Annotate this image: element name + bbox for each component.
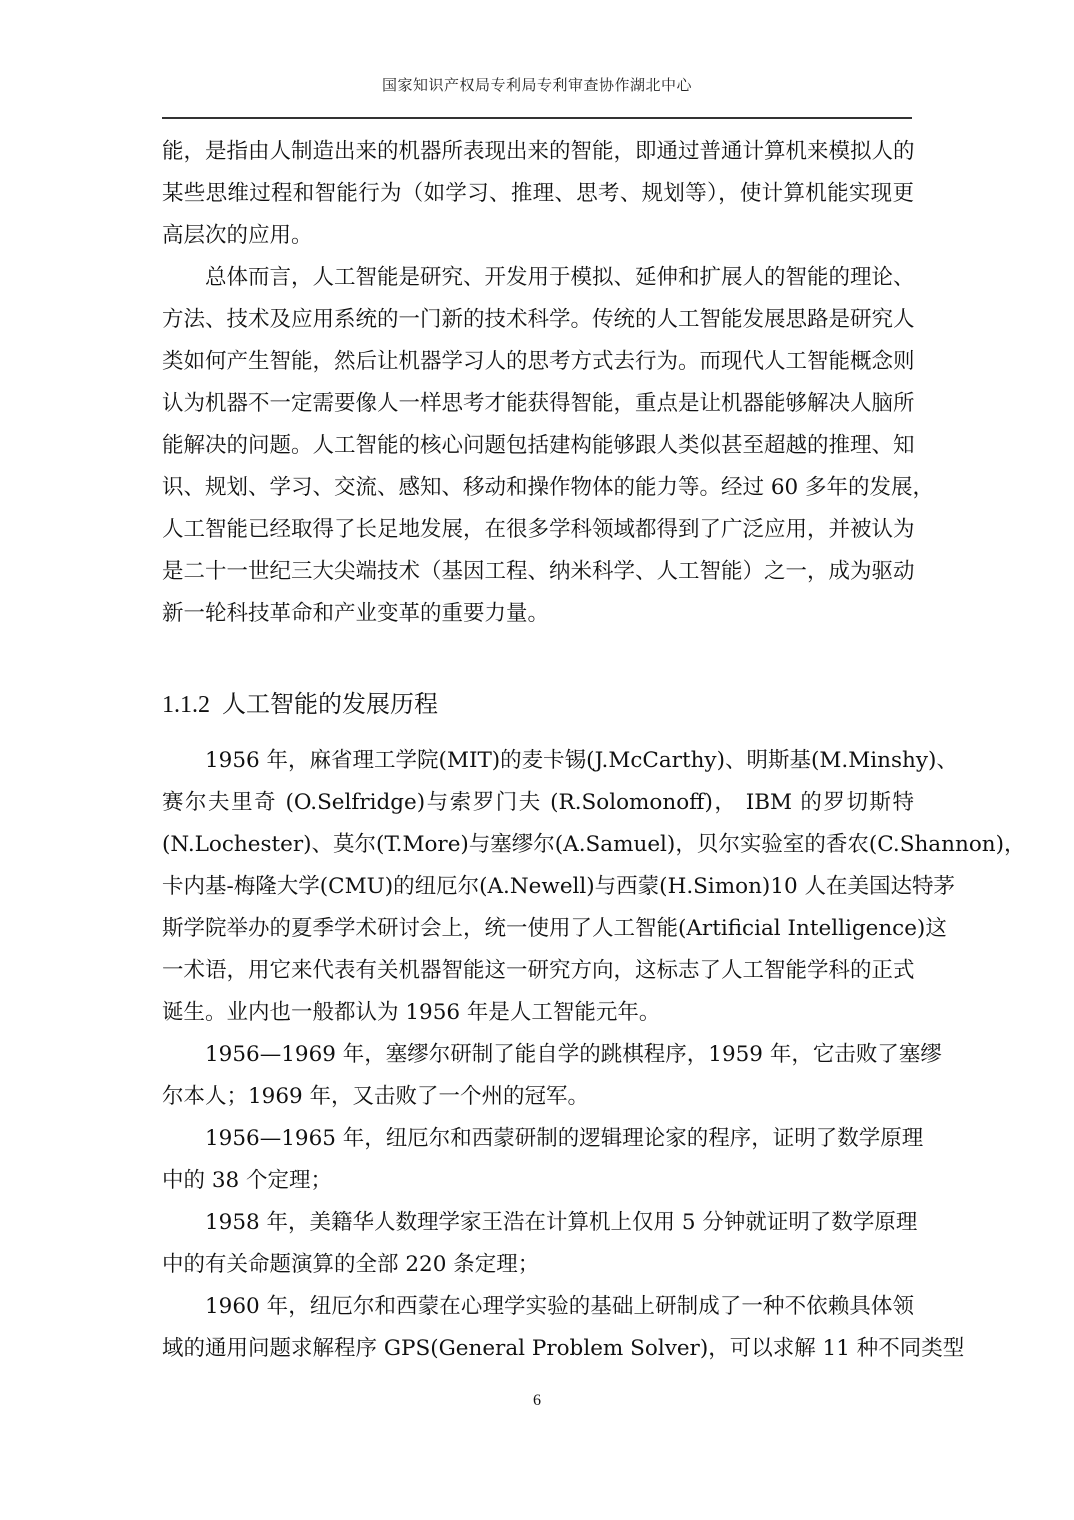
text-line: (N.Lochester)、莫尔(T.More)与塞缪尔(A.Samuel)，贝…	[162, 824, 914, 866]
text-line: 认为机器不一定需要像人一样思考才能获得智能，重点是让机器能够解决人脑所	[162, 383, 914, 425]
text-line: 某些思维过程和智能行为（如学习、推理、思考、规划等），使计算机能实现更	[162, 173, 914, 215]
text-line: 1956—1969 年，塞缪尔研制了能自学的跳棋程序，1959 年，它击败了塞缪	[162, 1034, 914, 1076]
text-line: 域的通用问题求解程序 GPS(General Problem Solver)，可…	[162, 1328, 914, 1370]
section-2-body: 1956 年，麻省理工学院(MIT)的麦卡锡(J.McCarthy)、明斯基(M…	[162, 740, 914, 1370]
text-line: 1960 年，纽厄尔和西蒙在心理学实验的基础上研制成了一种不依赖具体领	[162, 1286, 914, 1328]
text-line: 1956 年，麻省理工学院(MIT)的麦卡锡(J.McCarthy)、明斯基(M…	[162, 740, 914, 782]
text-line: 1956—1965 年，纽厄尔和西蒙研制的逻辑理论家的程序，证明了数学原理	[162, 1118, 914, 1160]
section-heading: 1.1.2人工智能的发展历程	[162, 684, 438, 725]
text-line: 诞生。业内也一般都认为 1956 年是人工智能元年。	[162, 992, 914, 1034]
text-line: 高层次的应用。	[162, 215, 914, 257]
text-line: 尔本人；1969 年，又击败了一个州的冠军。	[162, 1076, 914, 1118]
text-line: 卡内基-梅隆大学(CMU)的纽厄尔(A.Newell)与西蒙(H.Simon)1…	[162, 866, 914, 908]
text-line: 方法、技术及应用系统的一门新的技术科学。传统的人工智能发展思路是研究人	[162, 299, 914, 341]
text-line: 1958 年，美籍华人数理学家王浩在计算机上仅用 5 分钟就证明了数学原理	[162, 1202, 914, 1244]
section-1-body: 能，是指由人制造出来的机器所表现出来的智能，即通过普通计算机来模拟人的 某些思维…	[162, 131, 914, 635]
text-line: 是二十一世纪三大尖端技术（基因工程、纳米科学、人工智能）之一，成为驱动	[162, 551, 914, 593]
text-line: 识、规划、学习、交流、感知、移动和操作物体的能力等。经过 60 多年的发展，	[162, 467, 914, 509]
text-line: 中的 38 个定理；	[162, 1160, 914, 1202]
text-line: 一术语，用它来代表有关机器智能这一研究方向，这标志了人工智能学科的正式	[162, 950, 914, 992]
text-line: 能解决的问题。人工智能的核心问题包括建构能够跟人类似甚至超越的推理、知	[162, 425, 914, 467]
text-line: 赛尔夫里奇 (O.Selfridge)与索罗门夫 (R.Solomonoff)，…	[162, 782, 914, 824]
section-title: 人工智能的发展历程	[222, 690, 438, 718]
text-line: 能，是指由人制造出来的机器所表现出来的智能，即通过普通计算机来模拟人的	[162, 131, 914, 173]
text-line: 斯学院举办的夏季学术研讨会上，统一使用了人工智能(Artificial Inte…	[162, 908, 914, 950]
page-number: 6	[0, 1392, 1074, 1410]
text-line: 总体而言，人工智能是研究、开发用于模拟、延伸和扩展人的智能的理论、	[162, 257, 914, 299]
text-line: 类如何产生智能，然后让机器学习人的思考方式去行为。而现代人工智能概念则	[162, 341, 914, 383]
page-header: 国家知识产权局专利局专利审查协作湖北中心	[162, 74, 912, 95]
header-rule	[162, 117, 912, 119]
text-line: 新一轮科技革命和产业变革的重要力量。	[162, 593, 914, 635]
text-line: 人工智能已经取得了长足地发展，在很多学科领域都得到了广泛应用，并被认为	[162, 509, 914, 551]
section-number: 1.1.2	[162, 692, 210, 718]
text-line: 中的有关命题演算的全部 220 条定理；	[162, 1244, 914, 1286]
